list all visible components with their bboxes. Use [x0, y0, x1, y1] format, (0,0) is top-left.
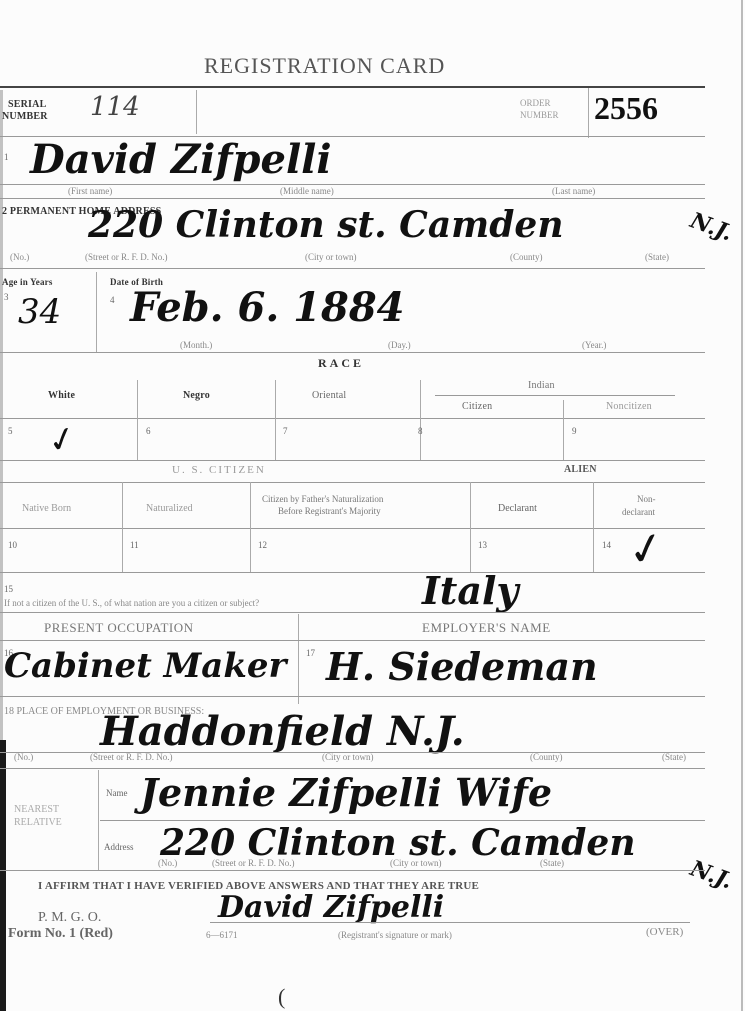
relative-sub-label-no: (No.) [158, 858, 177, 868]
rule [0, 184, 705, 185]
pmgo-label: P. M. G. O. [38, 910, 101, 926]
rule [0, 696, 705, 697]
occupation-divider [298, 614, 299, 704]
rule [435, 395, 675, 396]
address-sub-label-state: (State) [645, 252, 669, 262]
field-num-12: 12 [258, 540, 267, 550]
occupation-value: Cabinet Maker [4, 646, 286, 686]
race-divider [137, 380, 138, 460]
field-num-11: 11 [130, 540, 139, 550]
field-num-14: 14 [602, 540, 611, 550]
place-sub-label-no: (No.) [14, 752, 33, 762]
dob-sub-label-year: (Year.) [582, 340, 606, 350]
alien-title: ALIEN [564, 464, 597, 475]
alien-nondeclarant-label-1: Non- [637, 494, 656, 504]
field-num-9: 9 [572, 426, 577, 436]
citizen-divider [250, 482, 251, 572]
citizen-divider [593, 482, 594, 572]
card-title: REGISTRATION CARD [204, 53, 445, 79]
field-num-3: 3 [4, 292, 9, 302]
rule [0, 870, 705, 871]
rule [0, 418, 705, 419]
signature-value: David Zifpelli [218, 890, 444, 925]
citizen-by-father-label-2: Before Registrant's Majority [278, 506, 381, 516]
rule [100, 820, 705, 821]
rule [0, 768, 705, 769]
citizen-divider [470, 482, 471, 572]
race-divider [420, 380, 421, 460]
nearest-relative-label-1: NEAREST [14, 804, 59, 815]
us-citizen-title: U. S. CITIZEN [172, 464, 266, 476]
race-white-checkmark: ✓ [43, 417, 81, 463]
first-name-label: (First name) [68, 186, 112, 196]
dob-sub-label-month: (Month.) [180, 340, 212, 350]
scan-edge-light [0, 90, 3, 740]
age-value: 34 [18, 292, 61, 332]
serial-number-value: 114 [90, 92, 140, 122]
citizen-divider [122, 482, 123, 572]
race-title: RACE [318, 356, 364, 371]
nation-question: If not a citizen of the U. S., of what n… [4, 598, 259, 608]
place-sub-label-state: (State) [662, 752, 686, 762]
form-number-label: Form No. 1 (Red) [8, 926, 113, 942]
registration-card: REGISTRATION CARD SERIAL NUMBER 114 ORDE… [0, 0, 745, 1011]
race-divider [563, 400, 564, 460]
serial-label-1: SERIAL [8, 99, 46, 110]
race-white-label: White [48, 390, 75, 401]
field-num-7: 7 [283, 426, 288, 436]
occupation-title: PRESENT OCCUPATION [44, 620, 194, 636]
print-code: 6—6171 [206, 930, 238, 940]
relative-name-value: Jennie Zifpelli Wife [140, 770, 552, 815]
dob-value: Feb. 6. 1884 [130, 284, 405, 331]
serial-divider [196, 90, 197, 134]
last-name-label: (Last name) [552, 186, 595, 196]
place-of-employment-value: Haddonfield N.J. [100, 708, 465, 755]
serial-label-2: NUMBER [2, 111, 48, 122]
alien-nondeclarant-label-2: declarant [622, 507, 655, 517]
field-num-8: 8 [418, 426, 423, 436]
order-number-value: 2556 [594, 90, 658, 127]
scan-edge-dark [0, 740, 6, 1011]
indian-label: Indian [528, 380, 555, 391]
relative-sub-label-state: (State) [540, 858, 564, 868]
place-sub-label-city: (City or town) [322, 752, 374, 762]
age-label: Age in Years [2, 277, 53, 287]
relative-address-label: Address [104, 842, 134, 852]
field-num-15: 15 [4, 584, 13, 594]
signature-label: (Registrant's signature or mark) [338, 930, 452, 940]
order-label-1: ORDER [520, 98, 551, 108]
race-oriental-label: Oriental [312, 390, 346, 401]
relative-name-label: Name [106, 788, 128, 798]
signature-line [210, 922, 690, 923]
field-num-5: 5 [8, 426, 13, 436]
citizen-naturalized-label: Naturalized [146, 503, 193, 514]
nearest-relative-label-2: RELATIVE [14, 817, 62, 828]
scan-edge-right [741, 0, 743, 1011]
race-negro-label: Negro [183, 390, 210, 401]
relative-divider [98, 770, 99, 870]
stray-mark: ( [278, 984, 285, 1010]
employer-value: H. Siedeman [326, 644, 598, 689]
relative-address-state-value: N.J. [687, 855, 736, 894]
rule [0, 528, 705, 529]
race-divider [275, 380, 276, 460]
address-sub-label-no: (No.) [10, 252, 29, 262]
race-citizen-label: Citizen [462, 401, 492, 412]
order-label-2: NUMBER [520, 110, 559, 120]
rule [0, 268, 705, 269]
place-sub-label-county: (County) [530, 752, 563, 762]
alien-declarant-label: Declarant [498, 503, 537, 514]
top-rule [0, 86, 705, 88]
dob-sub-label-day: (Day.) [388, 340, 411, 350]
rule [0, 612, 705, 613]
relative-sub-label-street: (Street or R. F. D. No.) [212, 858, 295, 868]
field-num-17: 17 [306, 648, 315, 658]
field-num-10: 10 [8, 540, 17, 550]
field-num-1: 1 [4, 152, 9, 162]
rule [0, 460, 705, 461]
middle-name-label: (Middle name) [280, 186, 334, 196]
age-divider [96, 272, 97, 352]
rule [0, 572, 705, 573]
nation-value: Italy [422, 568, 518, 613]
employer-title: EMPLOYER'S NAME [422, 620, 551, 636]
rule [0, 640, 705, 641]
home-address-value: 220 Clinton st. Camden [88, 204, 564, 246]
address-sub-label-city: (City or town) [305, 252, 357, 262]
place-sub-label-street: (Street or R. F. D. No.) [90, 752, 173, 762]
field-num-13: 13 [478, 540, 487, 550]
field-num-6: 6 [146, 426, 151, 436]
rule [0, 198, 705, 199]
over-label: (OVER) [646, 926, 683, 938]
alien-nondeclarant-checkmark: ✓ [623, 521, 670, 579]
address-sub-label-county: (County) [510, 252, 543, 262]
citizen-by-father-label-1: Citizen by Father's Naturalization [262, 494, 383, 504]
rule [0, 352, 705, 353]
address-sub-label-street: (Street or R. F. D. No.) [85, 252, 168, 262]
home-address-state-value: N.J. [687, 207, 736, 246]
order-divider [588, 88, 589, 138]
field-num-4: 4 [110, 295, 115, 305]
relative-sub-label-city: (City or town) [390, 858, 442, 868]
race-noncitizen-label: Noncitizen [606, 401, 652, 412]
registrant-name-value: David Zifpelli [30, 136, 332, 183]
rule [0, 482, 705, 483]
citizen-native-born-label: Native Born [22, 503, 71, 514]
